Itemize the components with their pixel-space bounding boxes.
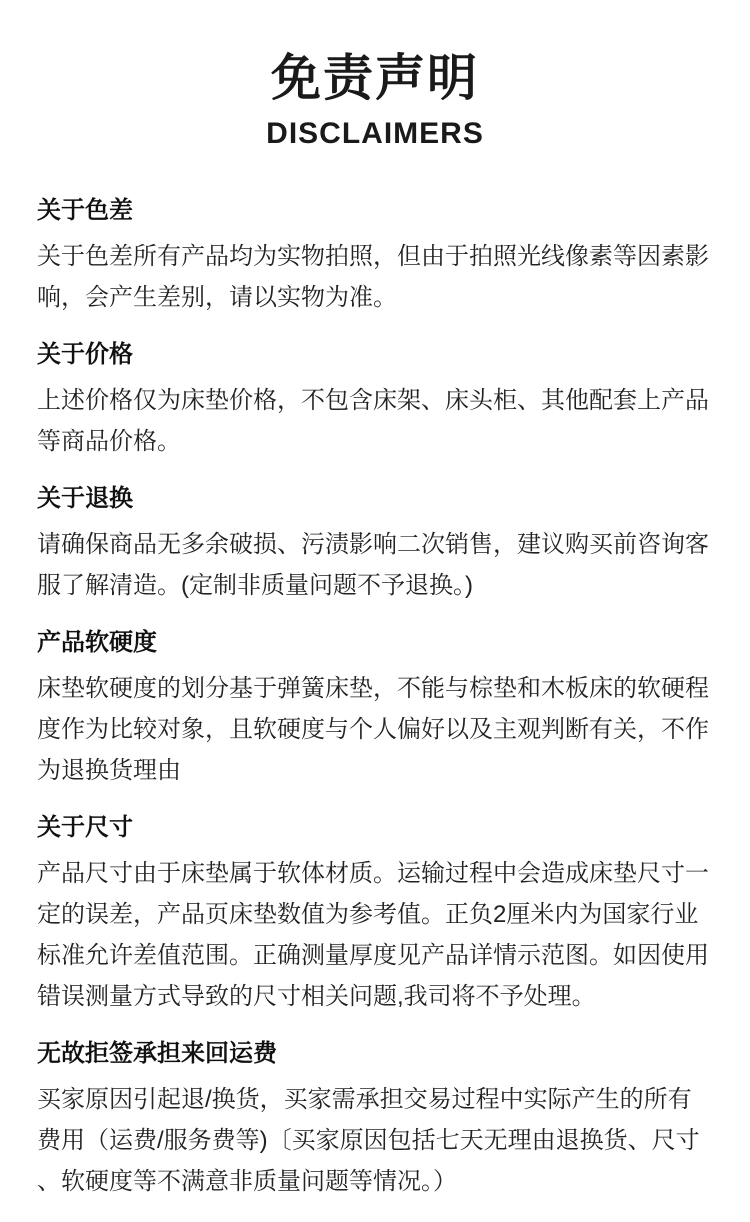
page-subtitle: DISCLAIMERS: [37, 118, 713, 150]
section-heading-firmness: 产品软硬度: [37, 628, 713, 658]
section-price: 关于价格 上述价格仅为床垫价格，不包含床架、床头柜、其他配套上产品等商品价格。: [37, 340, 713, 462]
section-body-price: 上述价格仅为床垫价格，不包含床架、床头柜、其他配套上产品等商品价格。: [37, 380, 713, 462]
section-heading-color-difference: 关于色差: [37, 196, 713, 226]
section-color-difference: 关于色差 关于色差所有产品均为实物拍照，但由于拍照光线像素等因素影响，会产生差别…: [37, 196, 713, 318]
section-shipping-refusal: 无故拒签承担来回运费 买家原因引起退/换货，买家需承担交易过程中实际产生的所有费…: [37, 1039, 713, 1202]
section-body-firmness: 床垫软硬度的划分基于弹簧床垫，不能与棕垫和木板床的软硬程度作为比较对象，且软硬度…: [37, 668, 713, 791]
section-heading-dimensions: 关于尺寸: [37, 813, 713, 843]
section-heading-price: 关于价格: [37, 340, 713, 370]
section-heading-shipping-refusal: 无故拒签承担来回运费: [37, 1039, 713, 1069]
disclaimer-sections: 关于色差 关于色差所有产品均为实物拍照，但由于拍照光线像素等因素影响，会产生差别…: [37, 196, 713, 1202]
section-body-color-difference: 关于色差所有产品均为实物拍照，但由于拍照光线像素等因素影响，会产生差别，请以实物…: [37, 236, 713, 318]
section-returns: 关于退换 请确保商品无多余破损、污渍影响二次销售，建议购买前咨询客服了解清造。(…: [37, 484, 713, 606]
section-body-returns: 请确保商品无多余破损、污渍影响二次销售，建议购买前咨询客服了解清造。(定制非质量…: [37, 524, 713, 606]
section-body-shipping-refusal: 买家原因引起退/换货，买家需承担交易过程中实际产生的所有费用（运费/服务费等)〔…: [37, 1079, 713, 1202]
section-firmness: 产品软硬度 床垫软硬度的划分基于弹簧床垫，不能与棕垫和木板床的软硬程度作为比较对…: [37, 628, 713, 791]
page-title: 免责声明: [37, 52, 713, 104]
section-dimensions: 关于尺寸 产品尺寸由于床垫属于软体材质。运输过程中会造成床垫尺寸一定的误差，产品…: [37, 813, 713, 1017]
section-heading-returns: 关于退换: [37, 484, 713, 514]
section-body-dimensions: 产品尺寸由于床垫属于软体材质。运输过程中会造成床垫尺寸一定的误差，产品页床垫数值…: [37, 853, 713, 1017]
page-header: 免责声明 DISCLAIMERS: [37, 52, 713, 150]
disclaimer-page: 免责声明 DISCLAIMERS 关于色差 关于色差所有产品均为实物拍照，但由于…: [0, 0, 750, 1222]
